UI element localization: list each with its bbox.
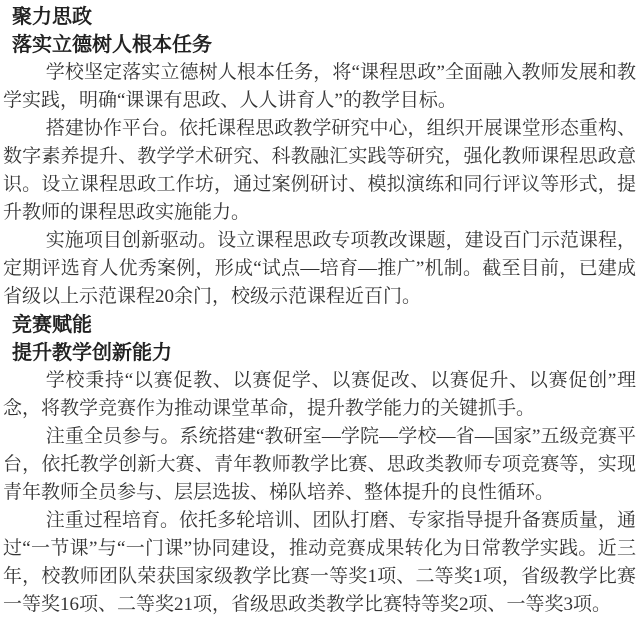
section-2-heading-line-1: 竞赛赋能 [3,311,636,339]
section-2-paragraph-2: 注重全员参与。系统搭建“教研室—学院—学校—省—国家”五级竞赛平台，依托教学创新… [3,423,636,507]
section-1-paragraph-3: 实施项目创新驱动。设立课程思政专项教改课题，建设百门示范课程，定期评选育人优秀案… [3,227,636,311]
section-1-heading-line-1: 聚力思政 [3,3,636,31]
section-1-heading-line-2: 落实立德树人根本任务 [3,31,636,59]
document-page: 聚力思政 落实立德树人根本任务 学校坚定落实立德树人根本任务，将“课程思政”全面… [0,0,642,622]
section-1-paragraph-2: 搭建协作平台。依托课程思政教学研究中心，组织开展课堂形态重构、数字素养提升、教学… [3,115,636,227]
section-2-paragraph-1: 学校秉持“以赛促教、以赛促学、以赛促改、以赛促升、以赛促创”理念，将教学竞赛作为… [3,367,636,423]
section-1-paragraph-1: 学校坚定落实立德树人根本任务，将“课程思政”全面融入教师发展和教学实践，明确“课… [3,59,636,115]
section-2-heading-line-2: 提升教学创新能力 [3,339,636,367]
section-2-paragraph-3: 注重过程培育。依托多轮培训、团队打磨、专家指导提升备赛质量，通过“一节课”与“一… [3,507,636,619]
